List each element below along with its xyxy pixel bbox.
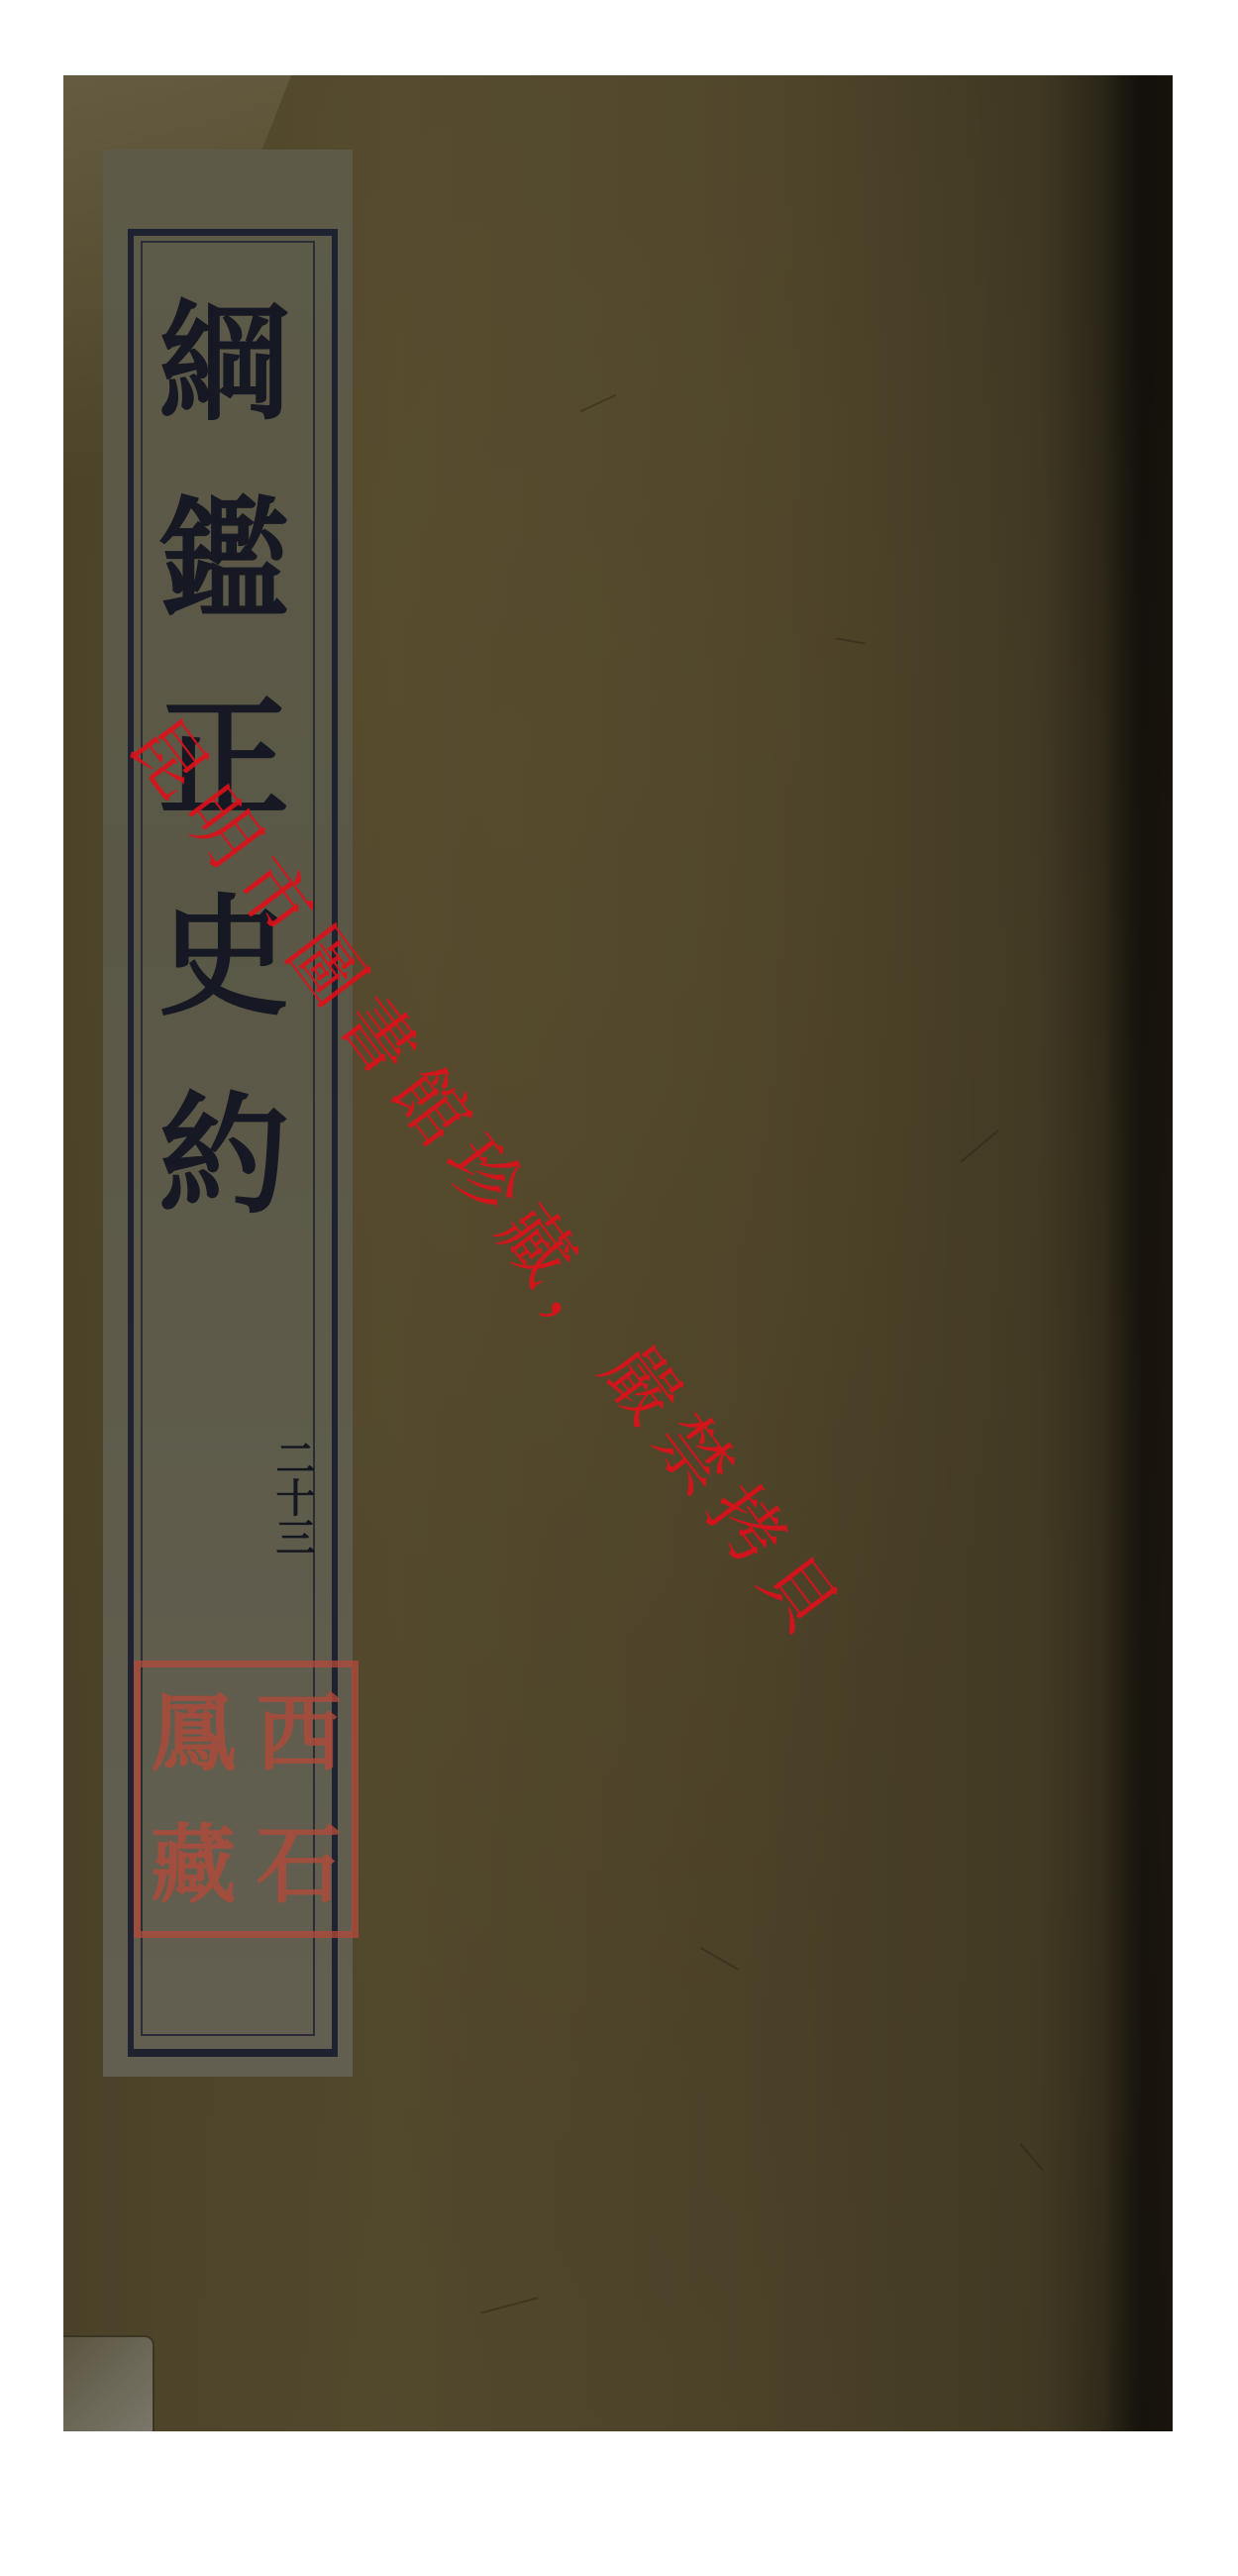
title-char: 鑑	[158, 496, 289, 695]
paper-fiber	[836, 637, 866, 644]
paper-fiber	[960, 1129, 999, 1163]
paper-fiber	[579, 394, 616, 413]
seal-char: 西	[247, 1667, 353, 1799]
seal-char: 藏	[141, 1799, 247, 1931]
title-char: 綱	[158, 298, 289, 496]
seal-char: 鳳	[141, 1667, 247, 1799]
title-char: 約	[158, 1091, 289, 1289]
book-cover: 綱 鑑 正 史 約 二十三 鳳 西 藏 石	[63, 75, 1173, 2431]
paper-fiber	[700, 1947, 740, 1971]
paper-fiber	[1019, 2143, 1043, 2171]
paper-fiber	[480, 2297, 538, 2313]
volume-number: 二十三	[252, 1438, 311, 1556]
red-seal-stamp: 鳳 西 藏 石	[134, 1661, 359, 1938]
spine-edge-shadow	[1103, 75, 1173, 2431]
torn-paper-bottom-left	[63, 2335, 155, 2431]
seal-char: 石	[247, 1799, 353, 1931]
